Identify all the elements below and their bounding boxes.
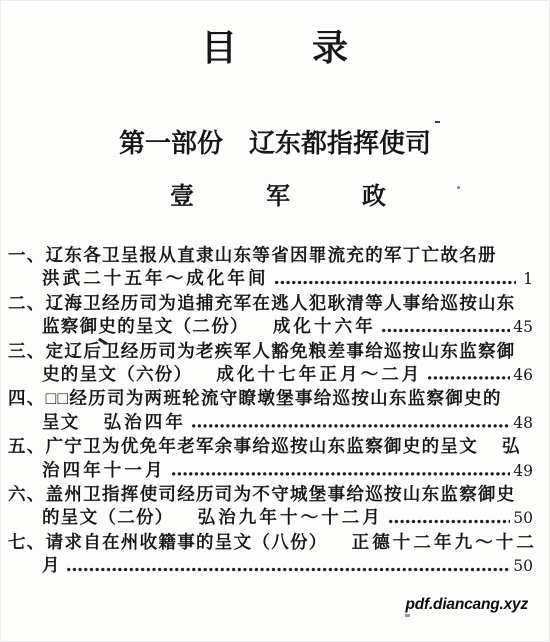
toc-list: 一、 辽东各卫呈报从直隶山东等省因罪流充的军丁亡故名册 洪武二十五年～成化年间 … <box>8 244 533 579</box>
page-number: 50 <box>513 555 533 578</box>
toc-entry: 四、 □□经历司为两班轮流守瞭墩堡事给巡按山东监察御史的 呈文 弘治四年 48 <box>8 387 533 435</box>
entry-line-1: 三、 定辽后卫经历司为老疾军人豁免粮差事给巡按山东监察御 <box>8 340 533 363</box>
entry-date: 正德十二年九～十二 <box>352 531 537 554</box>
entry-title-continuation: 监察御史的呈文（二份） <box>42 315 249 338</box>
dot-leader <box>381 315 510 339</box>
entry-line-2: 监察御史的呈文（二份） 成化十六年 45 <box>42 315 533 339</box>
entry-line-1: 四、 □□经历司为两班轮流守瞭墩堡事给巡按山东监察御史的 <box>8 387 533 410</box>
entry-date: 洪武二十五年～成化年间 <box>42 267 269 290</box>
scanned-toc-page: { "page": { "title": "目 录", "part_headin… <box>0 0 550 642</box>
scan-artifact <box>457 186 460 189</box>
toc-entry: 五、 广宁卫为优免年老军余事给巡按山东监察御史的呈文 弘 治四年十一月 49 <box>8 435 533 483</box>
entry-line-2: 治四年十一月 49 <box>42 459 533 483</box>
dot-leader <box>191 411 510 435</box>
entry-date: 成化十七年正月～二月 <box>216 363 422 386</box>
scan-artifact <box>405 614 410 617</box>
entry-date: 成化十六年 <box>273 315 376 338</box>
entry-line-1: 七、 请求自在州收籍事的呈文（八份） 正德十二年九～十二 <box>8 531 533 554</box>
entry-title-text: 辽海卫经历司为追捕充军在逃人犯耿清等人事给巡按山东 <box>46 292 516 315</box>
dot-leader <box>427 363 510 387</box>
entry-line-1: 二、 辽海卫经历司为追捕充军在逃人犯耿清等人事给巡按山东 <box>8 292 533 315</box>
entry-title-text: 广宁卫为优免年老军余事给巡按山东监察御史的呈文 <box>46 435 478 458</box>
entry-title-text: 定辽后卫经历司为老疾军人豁免粮差事给巡按山东监察御 <box>46 340 516 363</box>
entry-line-1: 一、 辽东各卫呈报从直隶山东等省因罪流充的军丁亡故名册 <box>8 244 533 267</box>
entry-number: 二、 <box>8 292 46 315</box>
page-number: 50 <box>513 507 533 530</box>
page-number: 49 <box>513 460 533 483</box>
dot-leader <box>388 506 510 530</box>
entry-line-2: 月 50 <box>42 554 533 578</box>
dot-leader <box>66 554 510 578</box>
entry-line-2: 的呈文（二份） 弘治九年十～十二月 50 <box>42 506 533 530</box>
toc-entry: 七、 请求自在州收籍事的呈文（八份） 正德十二年九～十二 月 50 <box>8 531 533 579</box>
page-number: 45 <box>513 316 533 339</box>
toc-entry: 二、 辽海卫经历司为追捕充军在逃人犯耿清等人事给巡按山东 监察御史的呈文（二份）… <box>8 292 533 340</box>
entry-number: 一、 <box>8 244 46 267</box>
entry-date: 治四年十一月 <box>42 459 166 482</box>
toc-entry: 六、 盖州卫指挥使司经历司为不守城堡事给巡按山东监察御史 的呈文（二份） 弘治九… <box>8 483 533 531</box>
entry-line-1: 六、 盖州卫指挥使司经历司为不守城堡事给巡按山东监察御史 <box>8 483 533 506</box>
watermark: pdf.diancang.xyz <box>405 596 528 614</box>
entry-number: 四、 <box>8 387 46 410</box>
toc-entry: 三、 定辽后卫经历司为老疾军人豁免粮差事给巡按山东监察御 史的呈文（六份） 成化… <box>8 340 533 388</box>
dot-leader <box>274 267 516 291</box>
entry-title-text: 盖州卫指挥使司经历司为不守城堡事给巡按山东监察御史 <box>46 483 516 506</box>
toc-entry: 一、 辽东各卫呈报从直隶山东等省因罪流充的军丁亡故名册 洪武二十五年～成化年间 … <box>8 244 533 292</box>
entry-line-2: 呈文 弘治四年 48 <box>42 411 533 435</box>
entry-number: 七、 <box>8 531 46 554</box>
page-number: 46 <box>513 364 533 387</box>
page-number: 1 <box>519 268 533 291</box>
entry-title-text: □□经历司为两班轮流守瞭墩堡事给巡按山东监察御史的 <box>46 387 502 410</box>
entry-date: 弘 <box>502 435 523 458</box>
entry-date: 弘治四年 <box>104 411 186 434</box>
entry-title-continuation: 呈文 <box>42 411 80 434</box>
entry-line-1: 五、 广宁卫为优免年老军余事给巡按山东监察御史的呈文 弘 <box>8 435 533 458</box>
page-number: 48 <box>513 412 533 435</box>
entry-title-continuation: 的呈文（二份） <box>42 506 174 529</box>
entry-title-continuation: 月 <box>42 554 61 577</box>
scan-artifact <box>435 121 440 123</box>
part-heading: 第一部份 辽东都指挥使司 <box>0 128 550 158</box>
entry-number: 六、 <box>8 483 46 506</box>
entry-number: 三、 <box>8 340 46 363</box>
entry-line-2: 洪武二十五年～成化年间 1 <box>42 267 533 291</box>
entry-date: 弘治九年十～十二月 <box>198 506 383 529</box>
entry-title-text: 辽东各卫呈报从直隶山东等省因罪流充的军丁亡故名册 <box>46 244 497 267</box>
section-heading: 壹 军 政 <box>6 184 550 210</box>
entry-title-text: 请求自在州收籍事的呈文（八份） <box>46 531 328 554</box>
entry-title-continuation: 史的呈文（六份） <box>42 363 192 386</box>
dot-leader <box>171 459 511 483</box>
page-title: 目 录 <box>0 28 550 68</box>
entry-line-2: 史的呈文（六份） 成化十七年正月～二月 46 <box>42 363 533 387</box>
entry-number: 五、 <box>8 435 46 458</box>
